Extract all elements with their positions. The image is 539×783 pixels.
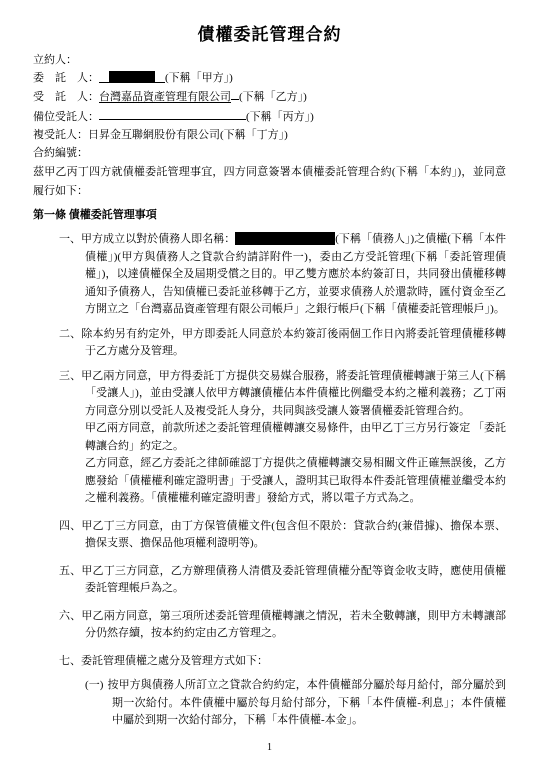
clause-1: 一、甲方成立以對於債務人即名稱：(下稱「債務人」)之債權(下稱「本件債權」)(甲… (33, 231, 506, 319)
clause-7-sub-1-body: 按甲方與債務人所訂立之貸款合約約定，本件債權部分屬於每月給付，部分屬於到期一次給… (107, 679, 506, 726)
clause-1-number: 一、 (59, 233, 81, 245)
clause-3-paragraph-1: 三、甲乙兩方同意，甲方得委託丁方提供交易媒合服務，將委託管理債權轉讓于第三人(下… (85, 368, 506, 421)
sub-trustee-name: 日昇金互聯網股份有限公司 (88, 129, 220, 141)
clause-2-text: 二、除本約另有約定外，甲方即委託人同意於本約簽訂後兩個工作日內將委託管理債權移轉… (85, 326, 506, 361)
redaction-box-principal-name (109, 71, 155, 82)
clause-7: 七、委託管理債權之處分及管理方式如下： (一)按甲方與債務人所訂立之貸款合約約定… (33, 653, 506, 730)
principal-alias: (下稱「甲方」) (165, 72, 233, 84)
preamble-paragraph: 茲甲乙丙丁四方就債權委託管理事宜，四方同意簽署本債權委託管理合約(下稱「本約」)… (33, 163, 506, 201)
principal-label: 委 託 人： (33, 72, 99, 84)
party-row-sub-trustee: 複受託人：日昇金互聯網股份有限公司(下稱「丁方」) (33, 126, 506, 144)
contract-document-page: 債權委託管理合約 立約人： 委 託 人：(下稱「甲方」) 受 託 人：台灣嘉品資… (0, 0, 539, 783)
clause-5: 五、甲乙丁三方同意，乙方辦理債務人清償及委託管理債權分配等資金收支時，應使用債權… (33, 563, 506, 598)
clause-4-text: 四、甲乙丁三方同意，由丁方保管債權文件(包含但不限於：貸款合約(兼借據)、擔保本… (85, 518, 506, 553)
section-1-heading: 第一條 債權委託管理事項 (33, 206, 506, 224)
clause-1-text-after: (下稱「債務人」)之債權(下稱「本件債權」)(甲方與債務人之貸款合約請詳附件一)… (85, 233, 506, 315)
page-number: 1 (0, 742, 539, 754)
trustee-alias: (下稱「乙方」) (239, 91, 307, 103)
party-row-backup-trustee: 備位受託人：(下稱「丙方」) (33, 106, 506, 126)
sub-trustee-label: 複受託人： (33, 129, 88, 141)
clause-2: 二、除本約另有約定外，甲方即委託人同意於本約簽訂後兩個工作日內將委託管理債權移轉… (33, 326, 506, 361)
backup-trustee-name-blank (99, 106, 246, 120)
redaction-box-debtor-name (235, 232, 335, 245)
clause-7-number: 七、 (59, 655, 81, 667)
clause-5-text: 五、甲乙丁三方同意，乙方辦理債務人清償及委託管理債權分配等資金收支時，應使用債權… (85, 563, 506, 598)
clause-4: 四、甲乙丁三方同意，由丁方保管債權文件(包含但不限於：貸款合約(兼借據)、擔保本… (33, 518, 506, 553)
clause-1-text: 一、甲方成立以對於債務人即名稱：(下稱「債務人」)之債權(下稱「本件債權」)(甲… (85, 231, 506, 319)
clause-3-paragraph-3: 乙方同意，經乙方委託之律師確認丁方提供之債權轉讓交易相關文件正確無誤後，乙方應發… (85, 455, 506, 508)
clause-7-sub-1-number: (一) (85, 679, 103, 691)
clause-7-body: 委託管理債權之處分及管理方式如下： (81, 655, 268, 667)
clause-5-number: 五、 (59, 565, 81, 577)
clause-1-text-before: 甲方成立以對於債務人即名稱： (81, 233, 235, 245)
clause-6: 六、甲乙兩方同意，第三項所述委託管理債權轉讓之情況，若未全數轉讓，則甲方未轉讓部… (33, 608, 506, 643)
clause-6-number: 六、 (59, 610, 81, 622)
clause-3-body-1: 甲乙兩方同意，甲方得委託丁方提供交易媒合服務，將委託管理債權轉讓于第三人(下稱「… (81, 370, 506, 417)
contract-number-label: 合約編號： (33, 144, 506, 162)
trustee-name-underline-extension (231, 87, 239, 100)
document-title: 債權委託管理合約 (33, 24, 506, 46)
trustee-name: 台灣嘉品資產管理有限公司 (99, 91, 231, 103)
backup-trustee-label: 備位受託人： (33, 111, 99, 123)
clause-3-paragraph-2: 甲乙兩方同意，前款所述之委託管理債權轉讓交易條件，由甲乙丁三方另行簽定 「委託轉… (85, 420, 506, 455)
clause-6-body: 甲乙兩方同意，第三項所述委託管理債權轉讓之情況，若未全數轉讓，則甲方未轉讓部分仍… (81, 610, 506, 640)
clause-4-number: 四、 (59, 520, 81, 532)
clause-3-number: 三、 (59, 370, 81, 382)
clause-5-body: 甲乙丁三方同意，乙方辦理債務人清償及委託管理債權分配等資金收支時，應使用債權委託… (81, 565, 506, 595)
parties-intro-label: 立約人： (33, 51, 506, 69)
principal-name-blank (99, 69, 165, 83)
clause-2-body: 除本約另有約定外，甲方即委託人同意於本約簽訂後兩個工作日內將委託管理債權移轉于乙… (81, 328, 506, 358)
section-1-clauses: 一、甲方成立以對於債務人即名稱：(下稱「債務人」)之債權(下稱「本件債權」)(甲… (33, 231, 506, 730)
clause-4-body: 甲乙丁三方同意，由丁方保管債權文件(包含但不限於：貸款合約(兼借據)、擔保本票、… (81, 520, 506, 550)
party-row-principal: 委 託 人：(下稱「甲方」) (33, 69, 506, 87)
clause-3: 三、甲乙兩方同意，甲方得委託丁方提供交易媒合服務，將委託管理債權轉讓于第三人(下… (33, 368, 506, 508)
clause-7-text: 七、委託管理債權之處分及管理方式如下： (85, 653, 506, 671)
clause-2-number: 二、 (59, 328, 81, 340)
trustee-label: 受 託 人： (33, 91, 99, 103)
sub-trustee-alias: (下稱「丁方」) (220, 129, 288, 141)
backup-trustee-alias: (下稱「丙方」) (246, 111, 314, 123)
clause-6-text: 六、甲乙兩方同意，第三項所述委託管理債權轉讓之情況，若未全數轉讓，則甲方未轉讓部… (85, 608, 506, 643)
party-row-trustee: 受 託 人：台灣嘉品資產管理有限公司(下稱「乙方」) (33, 87, 506, 106)
clause-7-sub-1: (一)按甲方與債務人所訂立之貸款合約約定，本件債權部分屬於每月給付，部分屬於到期… (85, 677, 506, 730)
